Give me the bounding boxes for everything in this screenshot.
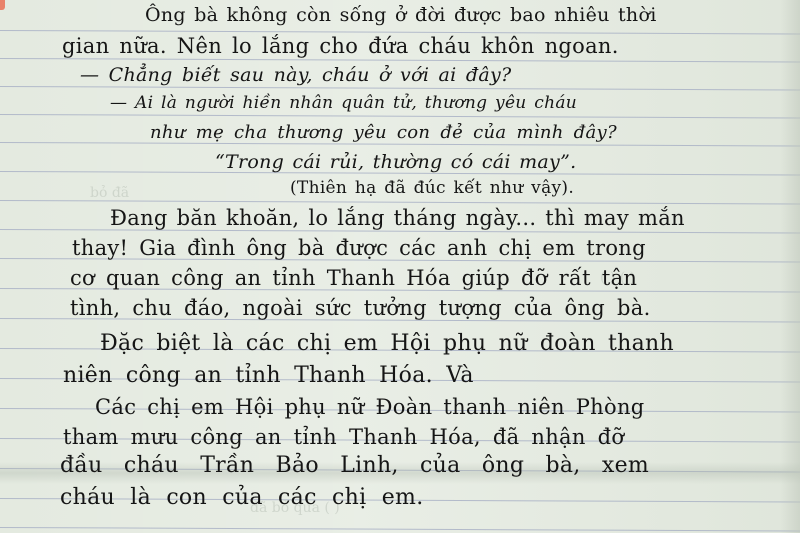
letter-line-3: — Chẳng biết sau này, cháu ở với ai đây? [80, 66, 512, 85]
letter-line-13: niên công an tỉnh Thanh Hóa. Và [63, 365, 474, 387]
letter-line-16: đầu cháu Trần Bảo Linh, của ông bà, xem [60, 455, 649, 477]
bleed-through-text: bỏ đã [90, 185, 129, 201]
letter-line-6: “Trong cái rủi, thường có cái may”. [215, 153, 576, 172]
letter-line-9: thay! Gia đình ông bà được các anh chị e… [72, 238, 646, 259]
letter-line-1: Ông bà không còn sống ở đời được bao nhi… [145, 6, 657, 25]
ruled-line [0, 86, 800, 90]
notebook-page: bỏ đã ( ) ( ) đã bỏ qua ( ) Ông bà không… [0, 0, 800, 533]
letter-line-partial: ... ... ... ... ... [100, 520, 347, 533]
letter-line-10: cơ quan công an tỉnh Thanh Hóa giúp đỡ r… [70, 268, 637, 289]
letter-line-12: Đặc biệt là các chị em Hội phụ nữ đoàn t… [100, 333, 674, 355]
letter-line-15: tham mưu công an tỉnh Thanh Hóa, đã nhận… [63, 427, 624, 448]
letter-line-5: như mẹ cha thương yêu con đẻ của mình đâ… [150, 124, 617, 142]
page-fold-shadow [780, 0, 800, 533]
corner-mark [0, 0, 5, 10]
letter-line-4: — Ai là người hiền nhân quân tử, thương … [110, 95, 577, 112]
ruled-line [0, 58, 800, 62]
letter-line-2: gian nữa. Nên lo lắng cho đứa cháu khôn … [62, 36, 619, 57]
letter-line-8: Đang băn khoăn, lo lắng tháng ngày... th… [110, 208, 685, 229]
letter-line-14: Các chị em Hội phụ nữ Đoàn thanh niên Ph… [95, 397, 645, 418]
letter-line-17: cháu là con của các chị em. [60, 487, 424, 509]
letter-line-11: tình, chu đáo, ngoài sức tưởng tượng của… [70, 298, 651, 319]
ruled-line [0, 114, 800, 118]
letter-line-7: (Thiên hạ đã đúc kết như vậy). [290, 180, 574, 197]
